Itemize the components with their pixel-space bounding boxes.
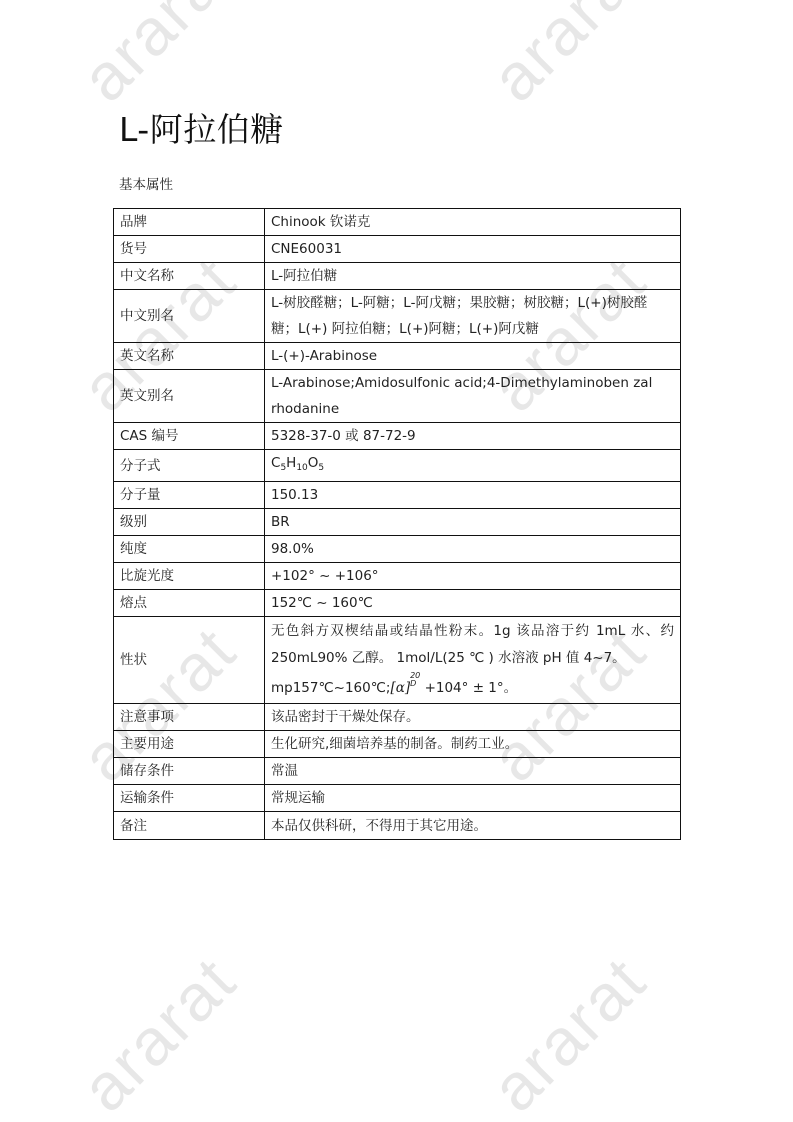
property-value: 98.0% — [265, 536, 681, 563]
table-row: CAS 编号 5328-37-0 或 87-72-9 — [114, 423, 681, 450]
property-key: 货号 — [114, 236, 265, 263]
table-row: 比旋光度 +102° ~ +106° — [114, 563, 681, 590]
property-value-appearance: 无色斜方双楔结晶或结晶性粉末。1g 该品溶于约 1mL 水、约 250mL90%… — [265, 617, 681, 704]
alpha-symbol: [α] — [390, 680, 410, 696]
property-value: 该品密封于干燥处保存。 — [265, 704, 681, 731]
watermark: ararat — [66, 0, 250, 116]
watermark: ararat — [476, 0, 660, 116]
property-value: 152℃ ~ 160℃ — [265, 590, 681, 617]
alpha-wavelength: D — [410, 679, 416, 688]
table-row: 英文名称 L-(+)-Arabinose — [114, 343, 681, 370]
formula-o-count: 5 — [318, 463, 324, 473]
table-row: 货号 CNE60031 — [114, 236, 681, 263]
property-key: 纯度 — [114, 536, 265, 563]
table-row: 分子量 150.13 — [114, 482, 681, 509]
table-row: 中文别名 L-树胶醛糖；L-阿糖；L-阿戊糖；果胶糖；树胶糖；L(+)树胶醛糖；… — [114, 290, 681, 343]
table-row: 熔点 152℃ ~ 160℃ — [114, 590, 681, 617]
property-key: 中文别名 — [114, 290, 265, 343]
table-row: 英文别名 L-Arabinose;Amidosulfonic acid;4-Di… — [114, 370, 681, 423]
table-row: 注意事项 该品密封于干燥处保存。 — [114, 704, 681, 731]
property-key: 储存条件 — [114, 758, 265, 785]
property-value: 5328-37-0 或 87-72-9 — [265, 423, 681, 450]
formula-h-count: 10 — [296, 463, 307, 473]
appearance-rotation: +104° ± 1°。 — [420, 680, 517, 696]
alpha-conditions: 20D — [410, 672, 420, 688]
formula-h: H — [286, 455, 296, 471]
property-key: 熔点 — [114, 590, 265, 617]
property-key: 级别 — [114, 509, 265, 536]
table-row: 分子式 C5H10O5 — [114, 450, 681, 482]
property-key: 英文名称 — [114, 343, 265, 370]
property-key: 分子式 — [114, 450, 265, 482]
property-value: 150.13 — [265, 482, 681, 509]
property-key: 运输条件 — [114, 785, 265, 812]
property-key: 品牌 — [114, 209, 265, 236]
watermark: ararat — [476, 942, 660, 1122]
appearance-mp: mp157℃~160℃; — [271, 680, 390, 696]
section-label: 基本属性 — [119, 173, 173, 193]
table-row: 纯度 98.0% — [114, 536, 681, 563]
table-row: 性状 无色斜方双楔结晶或结晶性粉末。1g 该品溶于约 1mL 水、约 250mL… — [114, 617, 681, 704]
property-key: 注意事项 — [114, 704, 265, 731]
page-title: L-阿拉伯糖 — [119, 104, 284, 151]
property-key: 性状 — [114, 617, 265, 704]
property-value: L-(+)-Arabinose — [265, 343, 681, 370]
table-row: 级别 BR — [114, 509, 681, 536]
table-row: 运输条件 常规运输 — [114, 785, 681, 812]
property-key: 备注 — [114, 812, 265, 840]
property-key: 中文名称 — [114, 263, 265, 290]
property-key: 英文别名 — [114, 370, 265, 423]
table-row: 备注 本品仅供科研，不得用于其它用途。 — [114, 812, 681, 840]
property-key: 主要用途 — [114, 731, 265, 758]
property-value: L-阿拉伯糖 — [265, 263, 681, 290]
property-value-formula: C5H10O5 — [265, 450, 681, 482]
property-value: 生化研究,细菌培养基的制备。制药工业。 — [265, 731, 681, 758]
properties-table: 品牌 Chinook 钦诺克 货号 CNE60031 中文名称 L-阿拉伯糖 中… — [113, 208, 681, 840]
property-value: 本品仅供科研，不得用于其它用途。 — [265, 812, 681, 840]
table-row: 储存条件 常温 — [114, 758, 681, 785]
property-key: 比旋光度 — [114, 563, 265, 590]
property-value: Chinook 钦诺克 — [265, 209, 681, 236]
property-value: 常温 — [265, 758, 681, 785]
property-value: L-树胶醛糖；L-阿糖；L-阿戊糖；果胶糖；树胶糖；L(+)树胶醛糖；L(+) … — [265, 290, 681, 343]
property-value: +102° ~ +106° — [265, 563, 681, 590]
table-row: 中文名称 L-阿拉伯糖 — [114, 263, 681, 290]
property-value: CNE60031 — [265, 236, 681, 263]
table-row: 主要用途 生化研究,细菌培养基的制备。制药工业。 — [114, 731, 681, 758]
property-key: CAS 编号 — [114, 423, 265, 450]
watermark: ararat — [66, 942, 250, 1122]
formula-o: O — [308, 455, 319, 471]
property-value: 常规运输 — [265, 785, 681, 812]
property-value: L-Arabinose;Amidosulfonic acid;4-Dimethy… — [265, 370, 681, 423]
appearance-text: 无色斜方双楔结晶或结晶性粉末。1g 该品溶于约 1mL 水、约 250mL90%… — [271, 623, 674, 666]
table-row: 品牌 Chinook 钦诺克 — [114, 209, 681, 236]
property-value: BR — [265, 509, 681, 536]
property-key: 分子量 — [114, 482, 265, 509]
